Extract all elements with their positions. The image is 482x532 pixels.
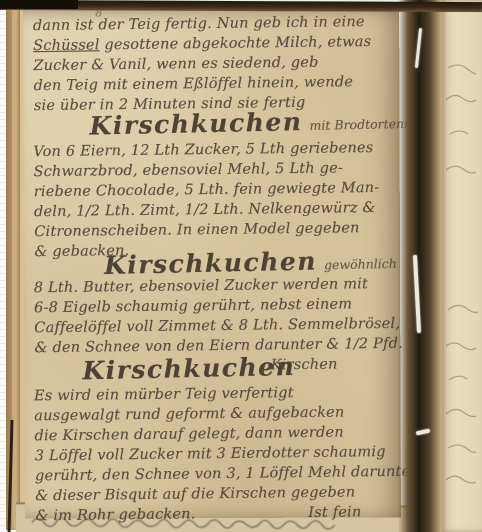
line-remainder: gesottene abgekochte Milch, etwas: [104, 34, 371, 53]
book-cover-corner: [0, 0, 78, 9]
stitching-thread: [415, 28, 422, 68]
recipe-3-heading: Kirschkuchen: [82, 352, 295, 385]
stitching-thread: [416, 429, 431, 436]
recipe-3-last-row: & im Rohr gebacken. Ist fein: [35, 502, 387, 526]
recipe-1-title: Kirschkuchen: [89, 107, 302, 140]
page-edge-band: [12, 4, 20, 530]
recipe-3-title: Kirschkuchen: [82, 352, 295, 385]
facing-page-sliver: [440, 0, 482, 532]
next-page-writing-glimpse: [444, 60, 480, 500]
manuscript-page: 8 dann ist der Teig fertig. Nun geb ich …: [23, 5, 401, 518]
recipe-1-heading: Kirschkuchen mit Brodtortenmasse: [89, 104, 443, 140]
recipe-continuation-text: dann ist der Teig fertig. Nun geb ich in…: [33, 12, 372, 116]
underlined-word: Schüssel: [33, 37, 100, 54]
recipe-3-body: Es wird ein mürber Teig verfertigt ausge…: [34, 382, 418, 527]
recipe-2-subtitle: gewöhnlich: [324, 256, 397, 273]
stitching-thread: [413, 255, 421, 333]
binding-gutter: [398, 0, 442, 532]
recipe-closing-remark: Ist fein: [308, 502, 361, 523]
book-scan: 8 dann ist der Teig fertig. Nun geb ich …: [0, 0, 482, 532]
recipe-1-body: Von 6 Eiern, 12 Lth Zucker, 5 Lth gerieb…: [33, 138, 380, 262]
manuscript-line: & im Rohr gebacken.: [35, 504, 195, 526]
